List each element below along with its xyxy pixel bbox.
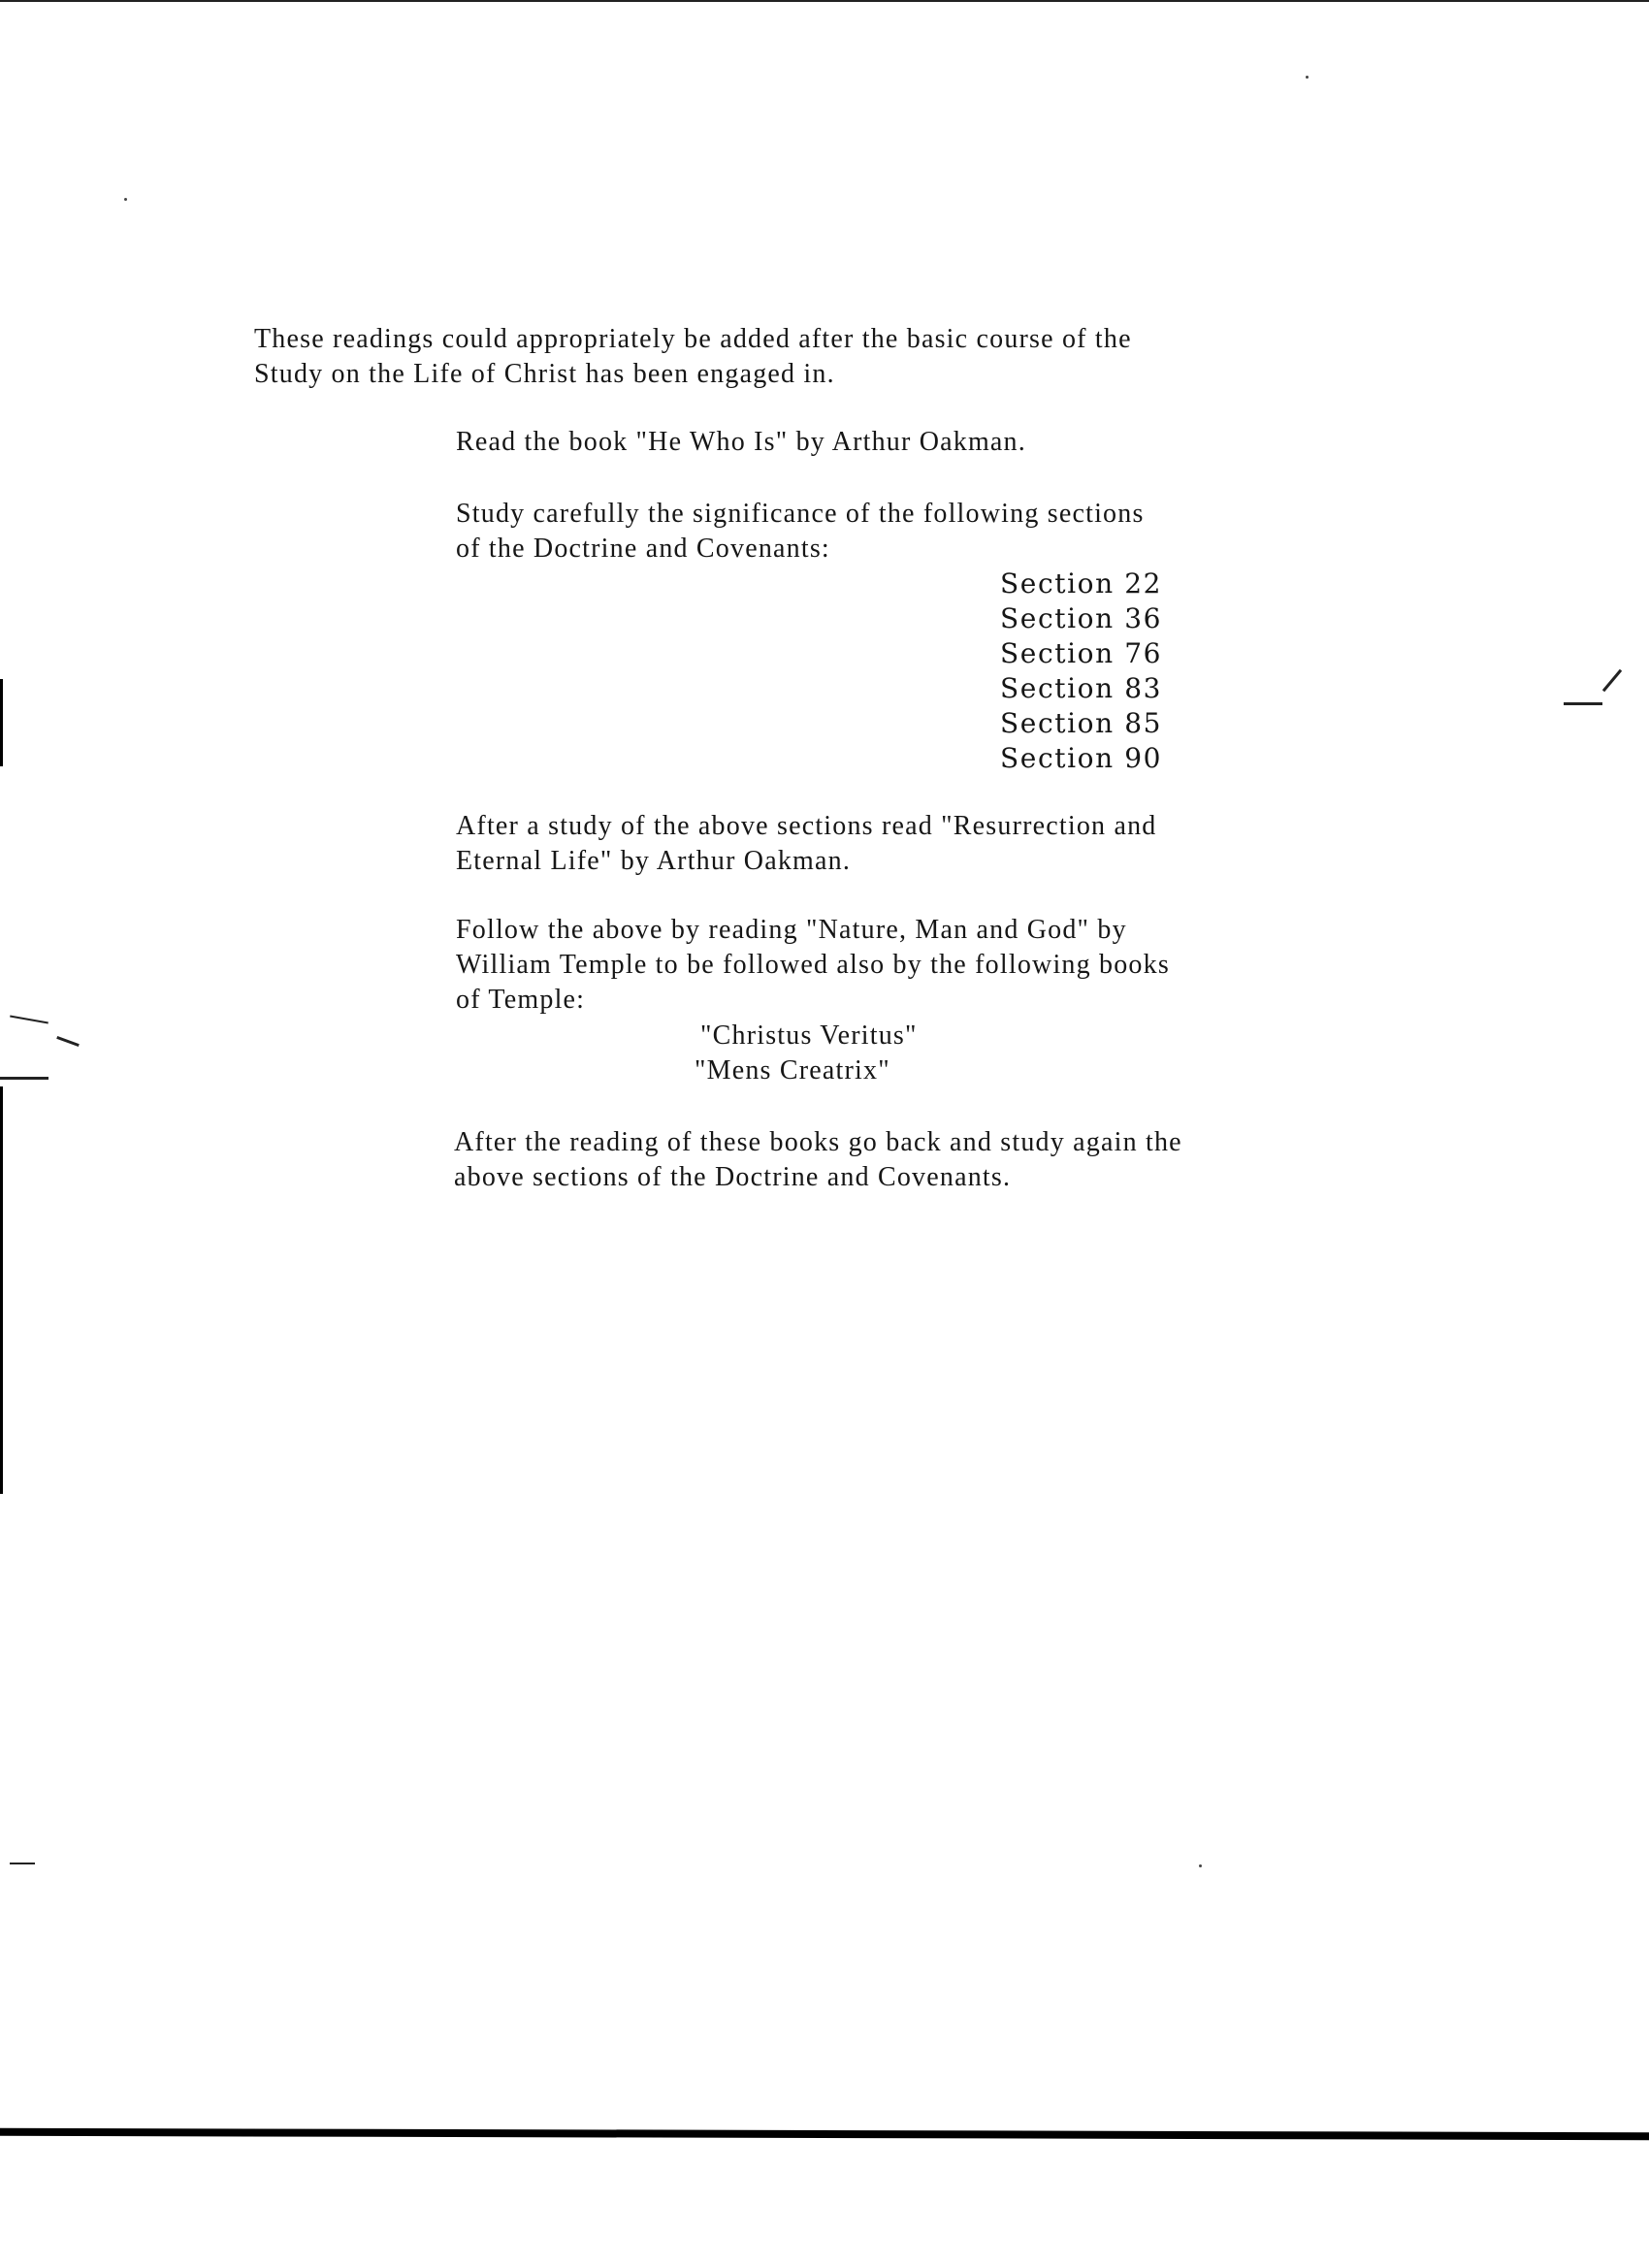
scan-top-edge: [0, 0, 1649, 2]
scan-edge-stroke: [1602, 669, 1622, 692]
section-item: Section 83: [1000, 671, 1162, 706]
text-line: above sections of the Doctrine and Coven…: [454, 1160, 1182, 1195]
text-line: After a study of the above sections read…: [456, 809, 1156, 844]
scan-speck: [124, 198, 127, 201]
study-sections-paragraph: Study carefully the significance of the …: [456, 497, 1145, 567]
scan-margin-mark: [56, 1036, 80, 1047]
text-line: Study on the Life of Christ has been eng…: [254, 357, 1132, 392]
scan-margin-mark: [0, 1077, 48, 1080]
scan-left-edge-mark: [0, 679, 3, 766]
section-item: Section 22: [1000, 567, 1162, 601]
section-item: Section 76: [1000, 636, 1162, 671]
after-study-paragraph: After a study of the above sections read…: [456, 809, 1156, 879]
text-line: William Temple to be followed also by th…: [456, 948, 1170, 983]
text-line: Study carefully the significance of the …: [456, 497, 1145, 532]
text-line: These readings could appropriately be ad…: [254, 322, 1132, 357]
scan-speck: [1199, 1864, 1202, 1867]
section-list: Section 22 Section 36 Section 76 Section…: [1000, 567, 1162, 776]
closing-paragraph: After the reading of these books go back…: [454, 1125, 1182, 1195]
text-line: After the reading of these books go back…: [454, 1125, 1182, 1160]
scan-left-edge-mark: [0, 1086, 3, 1494]
section-item: Section 85: [1000, 706, 1162, 741]
text-line: Eternal Life" by Arthur Oakman.: [456, 844, 1156, 879]
scanned-page: These readings could appropriately be ad…: [0, 0, 1649, 2268]
scan-speck: [1306, 76, 1309, 79]
text-line: Follow the above by reading "Nature, Man…: [456, 913, 1170, 948]
scan-margin-mark: [10, 1016, 48, 1024]
section-item: Section 36: [1000, 601, 1162, 636]
book-title: "Mens Creatrix": [695, 1053, 918, 1088]
scan-edge-stroke: [1564, 702, 1602, 705]
book-title: "Christus Veritus": [700, 1019, 918, 1053]
read-book-paragraph: Read the book "He Who Is" by Arthur Oakm…: [456, 425, 1026, 460]
text-line: of Temple:: [456, 983, 1170, 1018]
scan-margin-mark: [10, 1863, 35, 1864]
follow-reading-paragraph: Follow the above by reading "Nature, Man…: [456, 913, 1170, 1018]
text-line: of the Doctrine and Covenants:: [456, 532, 1145, 567]
section-item: Section 90: [1000, 741, 1162, 776]
text-line: Read the book "He Who Is" by Arthur Oakm…: [456, 425, 1026, 460]
scan-bottom-edge: [0, 2128, 1649, 2140]
intro-paragraph: These readings could appropriately be ad…: [254, 322, 1132, 392]
temple-book-list: "Christus Veritus" "Mens Creatrix": [700, 1019, 918, 1088]
